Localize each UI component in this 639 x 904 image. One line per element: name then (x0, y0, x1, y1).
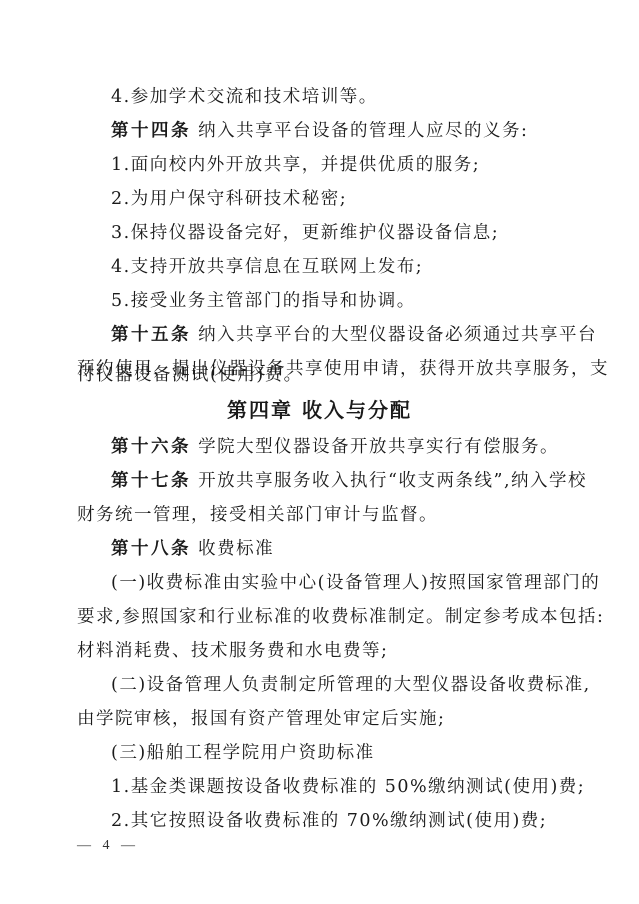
article-heading: 第十七条 (111, 471, 191, 491)
article-18: 第十八条 收费标准 (111, 532, 563, 566)
line-text: 由学院审核，报国有资产管理处审定后实施; (77, 709, 445, 729)
article-heading: 第十六条 (111, 437, 191, 457)
fee-clause-1: (一)收费标准由实验中心(设备管理人)按照国家管理部门的 (111, 566, 563, 600)
line-text: 收费标准 (191, 539, 274, 559)
article-17: 第十七条 开放共享服务收入执行“收支两条线”,纳入学校 (111, 464, 563, 498)
line-text: 材料消耗费、技术服务费和水电费等; (77, 641, 388, 661)
article-16: 第十六条 学院大型仪器设备开放共享实行有偿服务。 (111, 430, 563, 464)
line-text: (一)收费标准由实验中心(设备管理人)按照国家管理部门的 (111, 573, 600, 593)
article-15-cont-2: 付仪器设备测试(使用)费。 (77, 358, 563, 392)
fee-clause-2: (二)设备管理人负责制定所管理的大型仪器设备收费标准, (111, 668, 563, 702)
article-17-cont: 财务统一管理，接受相关部门审计与监督。 (77, 498, 563, 532)
line-text: 2.其它按照设备收费标准的 70%缴纳测试(使用)费; (111, 811, 547, 831)
line-text: 学院大型仪器设备开放共享实行有偿服务。 (191, 437, 559, 457)
line-text: 付仪器设备测试(使用)费。 (77, 365, 303, 385)
line-text: 开放共享服务收入执行“收支两条线”,纳入学校 (191, 471, 587, 491)
page-number: — 4 — (77, 838, 139, 854)
chapter-title: 第四章 收入与分配 (0, 393, 639, 427)
document-body-2: 付仪器设备测试(使用)费。 第四章 收入与分配 第十六条 学院大型仪器设备开放共… (0, 0, 639, 904)
line-text: 1.基金类课题按设备收费标准的 50%缴纳测试(使用)费; (111, 777, 585, 797)
fee-clause-1-cont-1: 要求,参照国家和行业标准的收费标准制定。制定参考成本包括: (77, 600, 563, 634)
fee-clause-3: (三)船舶工程学院用户资助标准 (111, 736, 563, 770)
line-text: (三)船舶工程学院用户资助标准 (111, 743, 375, 763)
subsidy-item-1: 1.基金类课题按设备收费标准的 50%缴纳测试(使用)费; (111, 770, 563, 804)
fee-clause-2-cont: 由学院审核，报国有资产管理处审定后实施; (77, 702, 563, 736)
line-text: (二)设备管理人负责制定所管理的大型仪器设备收费标准, (111, 675, 591, 695)
article-heading: 第十八条 (111, 539, 191, 559)
fee-clause-1-cont-2: 材料消耗费、技术服务费和水电费等; (77, 634, 563, 668)
subsidy-item-2: 2.其它按照设备收费标准的 70%缴纳测试(使用)费; (111, 804, 563, 838)
line-text: 财务统一管理，接受相关部门审计与监督。 (77, 505, 438, 525)
line-text: 要求,参照国家和行业标准的收费标准制定。制定参考成本包括: (77, 607, 604, 627)
